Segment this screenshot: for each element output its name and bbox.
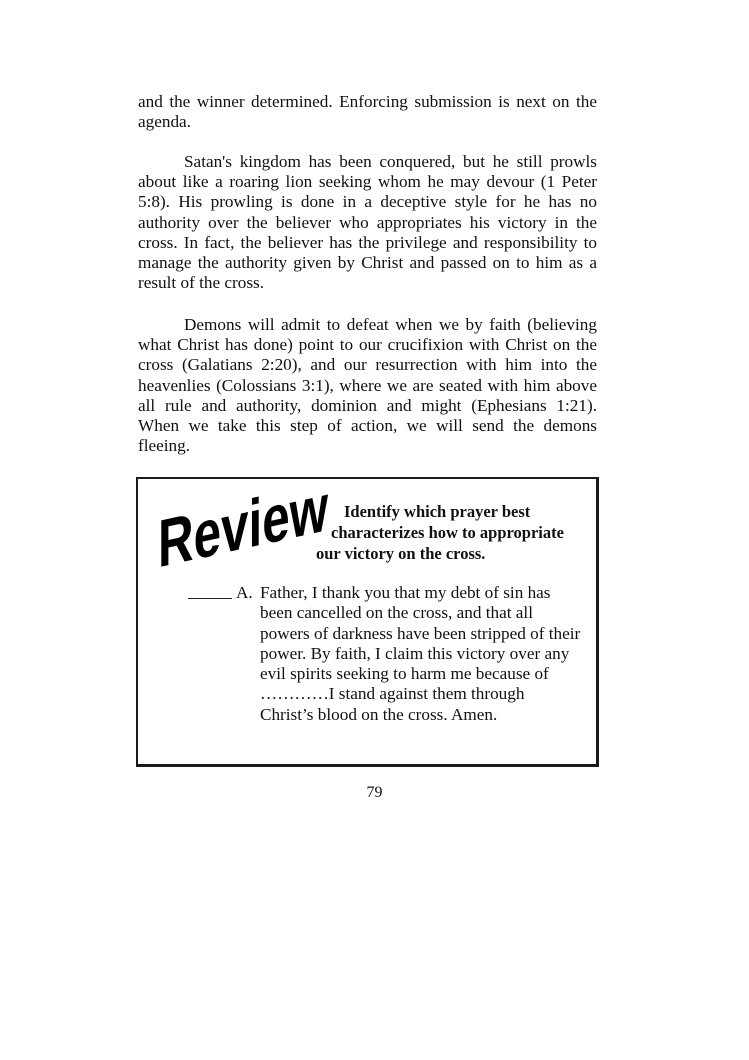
answer-line: Father, I thank you that my debt of sin …: [260, 583, 600, 603]
document-page: and the winner determined. Enforcing sub…: [0, 0, 749, 1060]
review-question-line: Identify which prayer best: [308, 501, 598, 522]
review-question: Identify which prayer best characterizes…: [308, 501, 598, 564]
paragraph-demons-defeat: Demons will admit to defeat when we by f…: [138, 315, 597, 456]
review-box: Review Identify which prayer best charac…: [136, 477, 599, 767]
answer-line: power. By faith, I claim this victory ov…: [260, 644, 600, 664]
answer-line: Christ’s blood on the cross. Amen.: [260, 705, 600, 725]
answer-blank[interactable]: [188, 583, 232, 599]
review-question-line: our victory on the cross.: [308, 543, 598, 564]
review-question-line: characterizes how to appropriate: [308, 522, 598, 543]
answer-line: been cancelled on the cross, and that al…: [260, 603, 600, 623]
paragraph-intro: and the winner determined. Enforcing sub…: [138, 92, 597, 132]
answer-line: powers of darkness have been stripped of…: [260, 624, 600, 644]
svg-text:Review: Review: [158, 487, 328, 569]
answer-text: Father, I thank you that my debt of sin …: [260, 583, 600, 725]
answer-line: …………I stand against them through: [260, 684, 600, 704]
answer-line: evil spirits seeking to harm me because …: [260, 664, 600, 684]
answer-letter: A.: [236, 583, 253, 603]
paragraph-satan-kingdom: Satan's kingdom has been conquered, but …: [138, 152, 597, 293]
page-number: 79: [0, 784, 749, 802]
